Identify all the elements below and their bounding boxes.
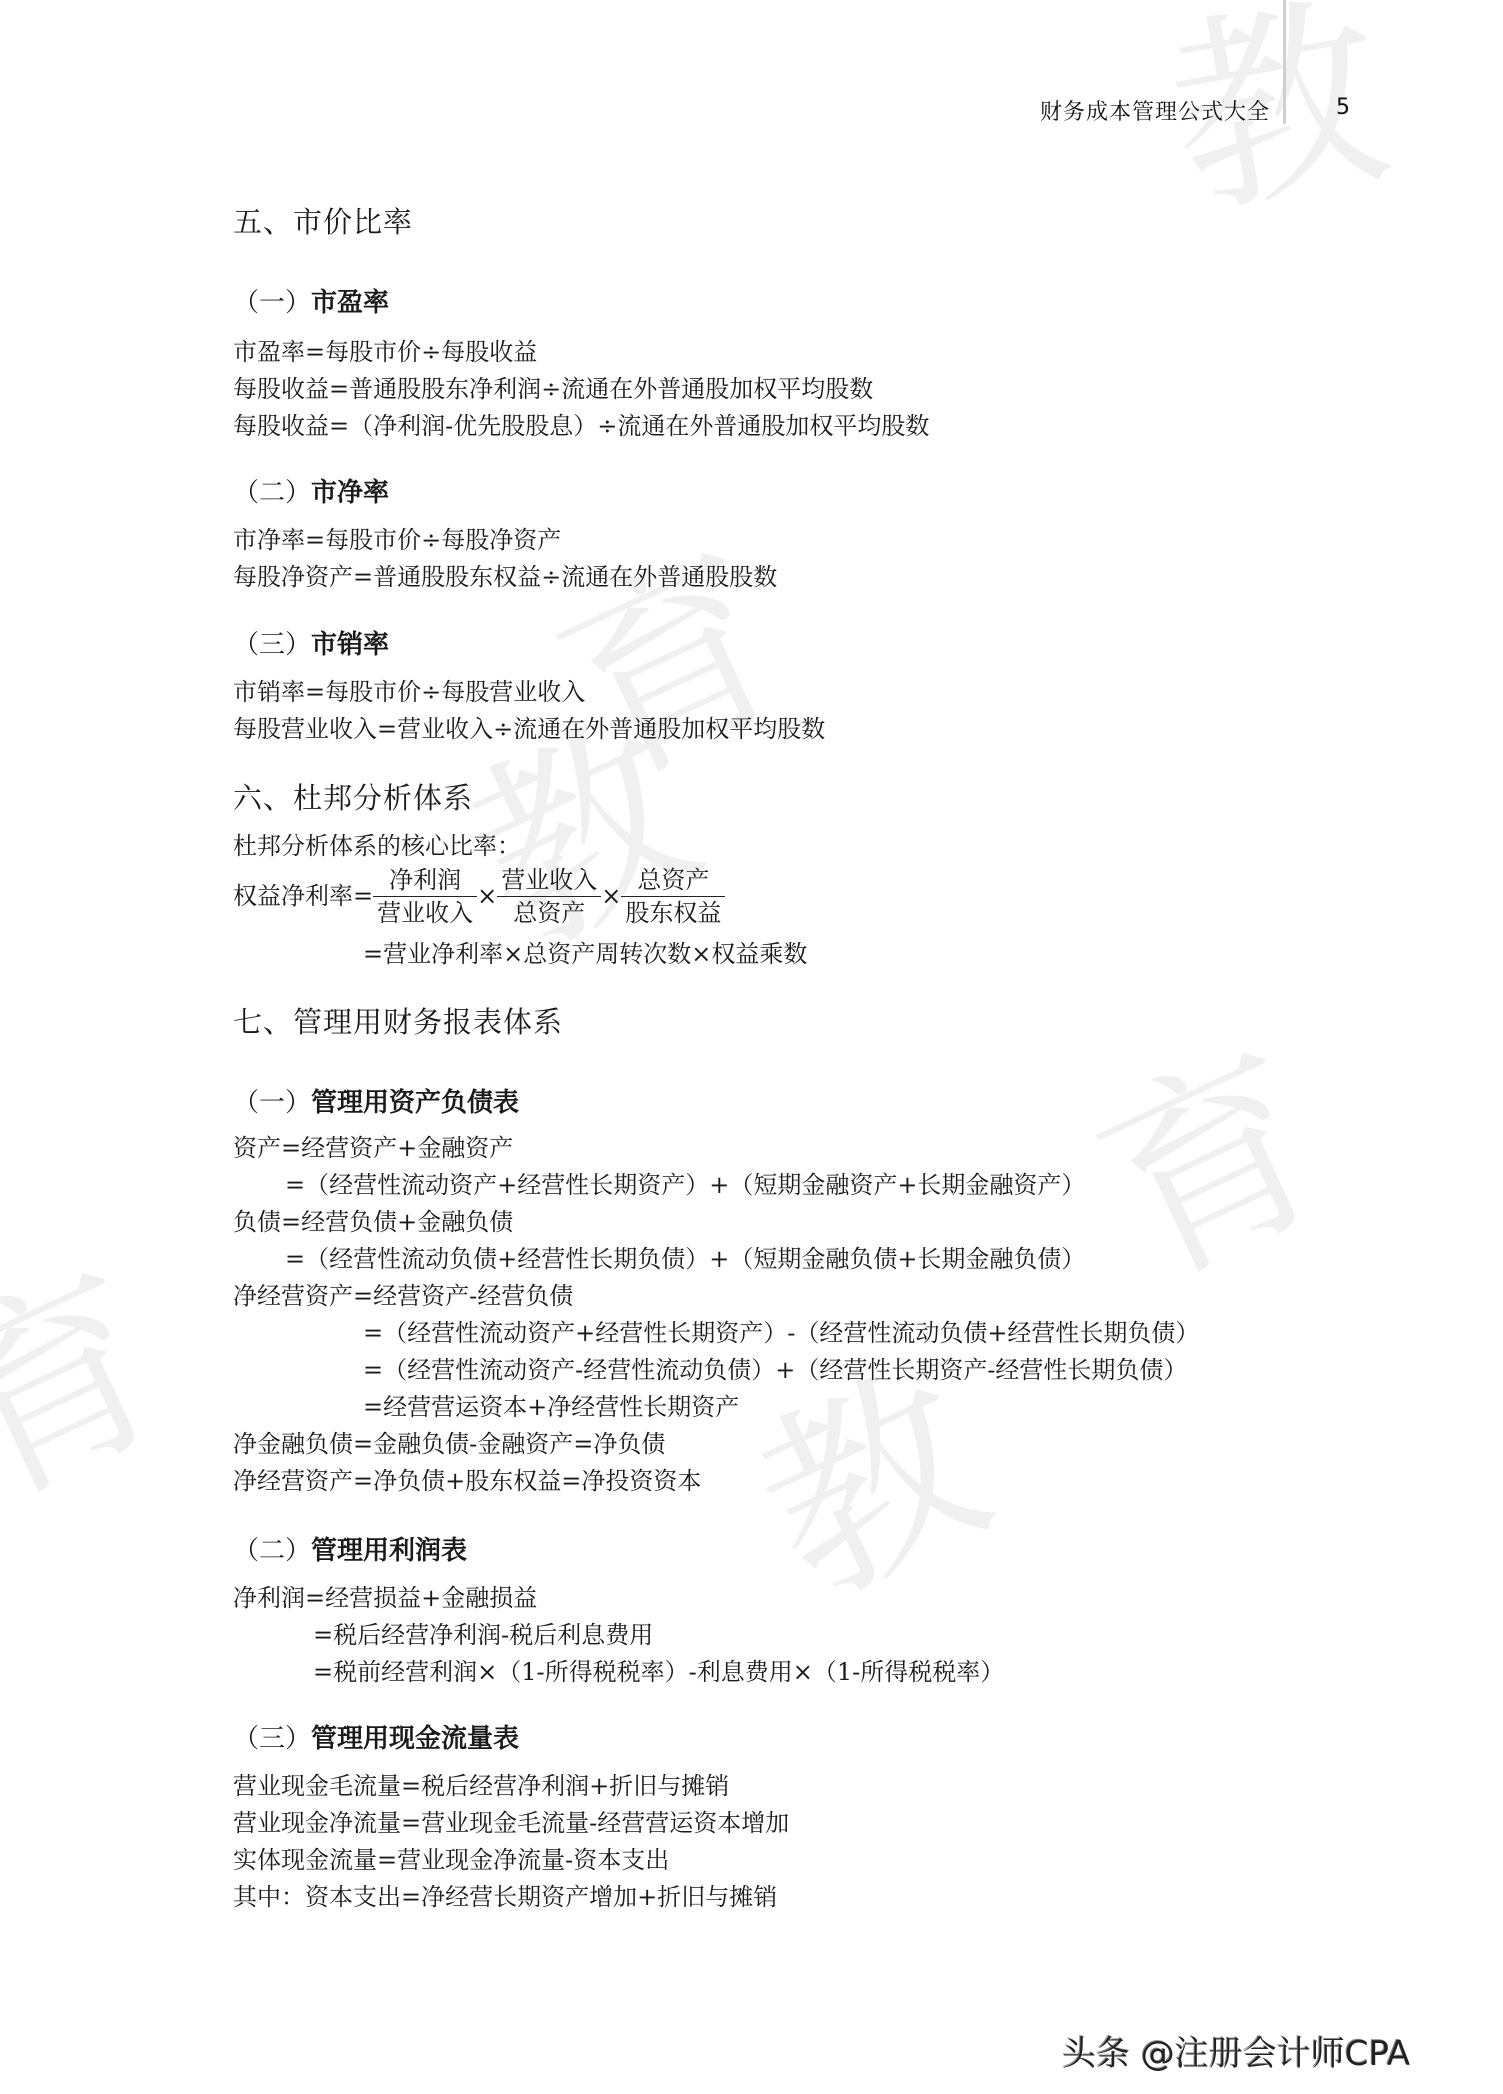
formula-line: 净利润=经营损益+金融损益 [233, 1580, 537, 1617]
formula-line: 净经营资产=净负债+股东权益=净投资资本 [233, 1463, 701, 1500]
formula-line: =税前经营利润×（1-所得税税率）-利息费用×（1-所得税税率） [313, 1654, 1004, 1691]
formula-line: 每股净资产=普通股股东权益÷流通在外普通股股数 [233, 559, 777, 596]
subsection-number: （一） [233, 288, 311, 318]
subsection-number: （一） [233, 1088, 311, 1118]
subsection-number: （三） [233, 1724, 311, 1754]
dupont-formula: 权益净利率=净利润营业收入×营业收入总资产×总资产股东权益 [233, 864, 725, 929]
formula-line: =（经营性流动资产+经营性长期资产）-（经营性流动负债+经营性长期负债） [363, 1315, 1199, 1352]
subsection-heading: （二）市净率 [233, 472, 389, 509]
times-operator: × [601, 878, 621, 915]
section-heading-6: 六、杜邦分析体系 [233, 776, 473, 817]
formula-line: 每股收益=（净利润-优先股股息）÷流通在外普通股加权平均股数 [233, 408, 929, 445]
formula-line: 净经营资产=经营资产-经营负债 [233, 1278, 573, 1315]
subsection-heading: （一）管理用资产负债表 [233, 1082, 519, 1119]
background-watermark: 教 [1145, 0, 1404, 258]
formula-line: 资产=经营资产+金融资产 [233, 1130, 513, 1167]
numerator: 总资产 [621, 864, 725, 897]
formula-line: 其中：资本支出=净经营长期资产增加+折旧与摊销 [233, 1879, 777, 1916]
subsection-title: 管理用利润表 [311, 1536, 467, 1566]
times-operator: × [477, 878, 497, 915]
subsection-number: （二） [233, 1536, 311, 1566]
subsection-title: 管理用现金流量表 [311, 1724, 519, 1754]
numerator: 净利润 [373, 864, 477, 897]
intro-text: 杜邦分析体系的核心比率： [233, 828, 521, 865]
formula-line: 负债=经营负债+金融负债 [233, 1204, 513, 1241]
formula-line: =经营营运资本+净经营性长期资产 [363, 1389, 739, 1426]
formula-line: 市盈率=每股市价÷每股收益 [233, 334, 537, 371]
subsection-heading: （二）管理用利润表 [233, 1530, 467, 1567]
formula-line: 营业现金毛流量=税后经营净利润+折旧与摊销 [233, 1768, 729, 1805]
formula-line: 市净率=每股市价÷每股净资产 [233, 522, 561, 559]
subsection-heading: （三）市销率 [233, 624, 389, 661]
denominator: 总资产 [497, 897, 601, 929]
formula-line: 营业现金净流量=营业现金毛流量-经营营运资本增加 [233, 1805, 789, 1842]
formula-result: =营业净利率×总资产周转次数×权益乘数 [363, 936, 807, 973]
subsection-title: 市销率 [311, 630, 389, 660]
subsection-title: 市净率 [311, 478, 389, 508]
header-divider [1283, 0, 1286, 124]
fraction: 净利润营业收入 [373, 864, 477, 929]
fraction: 总资产股东权益 [621, 864, 725, 929]
numerator: 营业收入 [497, 864, 601, 897]
denominator: 营业收入 [373, 897, 477, 929]
section-heading-7: 七、管理用财务报表体系 [233, 1000, 563, 1041]
formula-lhs: 权益净利率= [233, 878, 373, 915]
formula-line: 每股收益=普通股股东净利润÷流通在外普通股加权平均股数 [233, 371, 873, 408]
formula-line: =（经营性流动资产-经营性流动负债）+（经营性长期资产-经营性长期负债） [363, 1352, 1187, 1389]
source-watermark: 头条 @注册会计师CPA [1062, 2026, 1410, 2075]
subsection-heading: （三）管理用现金流量表 [233, 1718, 519, 1755]
subsection-title: 市盈率 [311, 288, 389, 318]
section-heading-5: 五、市价比率 [233, 200, 413, 241]
formula-line: 市销率=每股市价÷每股营业收入 [233, 674, 585, 711]
formula-line: 实体现金流量=营业现金净流量-资本支出 [233, 1842, 669, 1879]
formula-line: =（经营性流动资产+经营性长期资产）+（短期金融资产+长期金融资产） [285, 1167, 1085, 1204]
formula-line: 每股营业收入=营业收入÷流通在外普通股加权平均股数 [233, 711, 825, 748]
formula-line: =（经营性流动负债+经营性长期负债）+（短期金融负债+长期金融负债） [285, 1241, 1085, 1278]
subsection-title: 管理用资产负债表 [311, 1088, 519, 1118]
subsection-number: （二） [233, 478, 311, 508]
formula-line: =税后经营净利润-税后利息费用 [313, 1617, 653, 1654]
formula-line: 净金融负债=金融负债-金融资产=净负债 [233, 1426, 665, 1463]
subsection-heading: （一）市盈率 [233, 282, 389, 319]
running-header-title: 财务成本管理公式大全 [1040, 95, 1270, 126]
denominator: 股东权益 [621, 897, 725, 929]
subsection-number: （三） [233, 630, 311, 660]
fraction: 营业收入总资产 [497, 864, 601, 929]
page-number: 5 [1336, 95, 1350, 120]
background-watermark: 育 [1046, 970, 1364, 1332]
background-watermark: 育 [0, 1190, 204, 1552]
